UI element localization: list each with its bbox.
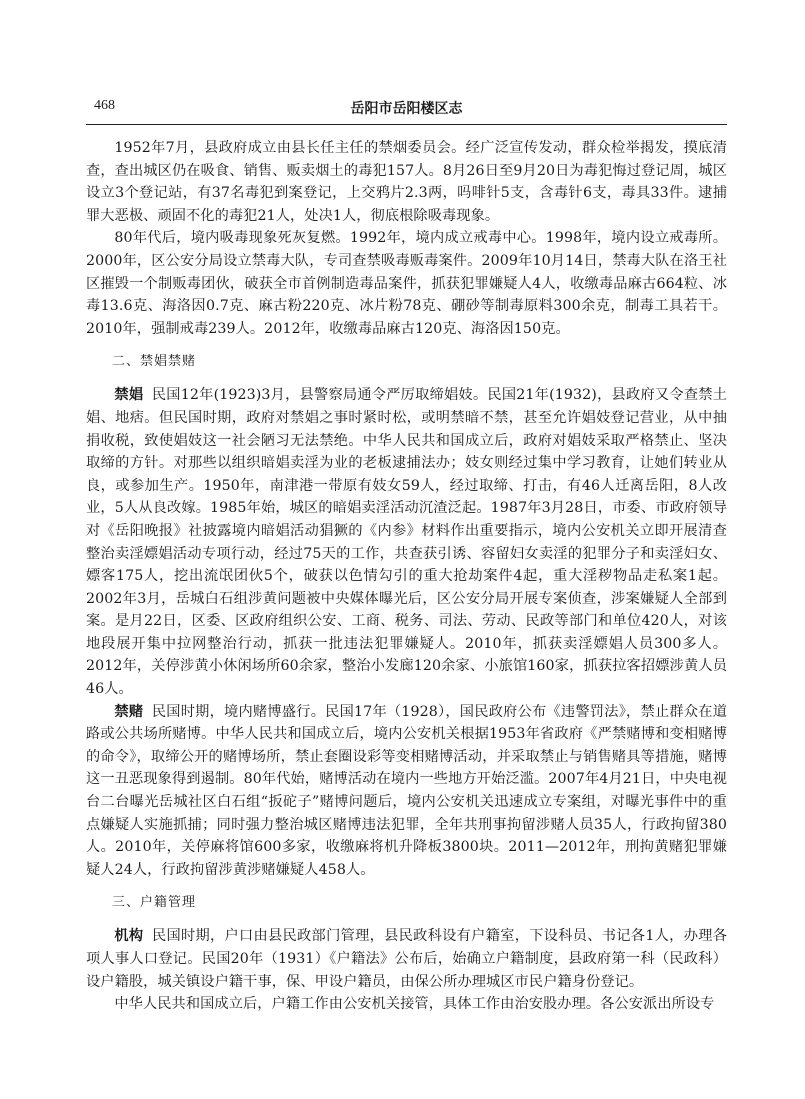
paragraph-institution: 机构民国时期，户口由县民政部门管理，县民政科设有户籍室，下设科员、书记各1人，办… bbox=[86, 925, 727, 993]
running-title: 岳阳市岳阳楼区志 bbox=[86, 98, 727, 118]
paragraph-text: 民国时期，境内赌博盛行。民国17年（1928），国民政府公布《违警罚法》，禁止群… bbox=[86, 704, 727, 878]
page-header: 468 岳阳市岳阳楼区志 bbox=[86, 98, 727, 124]
header-rule bbox=[86, 124, 727, 125]
paragraph-lead-gambling: 禁赌 bbox=[114, 704, 143, 720]
section-heading-prostitution-gambling: 二、禁娼禁赌 bbox=[86, 351, 727, 373]
paragraph-text: 民国12年(1923)3月，县警察局通令严厉取缔娼妓。民国21年(1932)，县… bbox=[86, 387, 727, 697]
paragraph-drug-ban-1952: 1952年7月，县政府成立由县长任主任的禁烟委员会。经广泛宣传发动，群众检举揭发… bbox=[86, 137, 727, 227]
paragraph-text: 民国时期，户口由县民政部门管理，县民政科设有户籍室，下设科员、书记各1人，办理各… bbox=[86, 928, 727, 989]
paragraph-lead-prostitution: 禁娼 bbox=[114, 387, 143, 403]
paragraph-post-1949: 中华人民共和国成立后，户籍工作由公安机关接管，具体工作由治安股办理。各公安派出所… bbox=[86, 993, 727, 1016]
paragraph-drug-ban-1980s: 80年代后，境内吸毒现象死灰复燃。1992年，境内成立戒毒中心。1998年，境内… bbox=[86, 227, 727, 340]
paragraph-gambling-ban: 禁赌民国时期，境内赌博盛行。民国17年（1928），国民政府公布《违警罚法》，禁… bbox=[86, 701, 727, 882]
section-heading-household-registration: 三、户籍管理 bbox=[86, 892, 727, 914]
body-text: 1952年7月，县政府成立由县长任主任的禁烟委员会。经广泛宣传发动，群众检举揭发… bbox=[86, 137, 727, 1016]
paragraph-lead-institution: 机构 bbox=[114, 928, 143, 944]
paragraph-prostitution-ban: 禁娼民国12年(1923)3月，县警察局通令严厉取缔娼妓。民国21年(1932)… bbox=[86, 384, 727, 700]
